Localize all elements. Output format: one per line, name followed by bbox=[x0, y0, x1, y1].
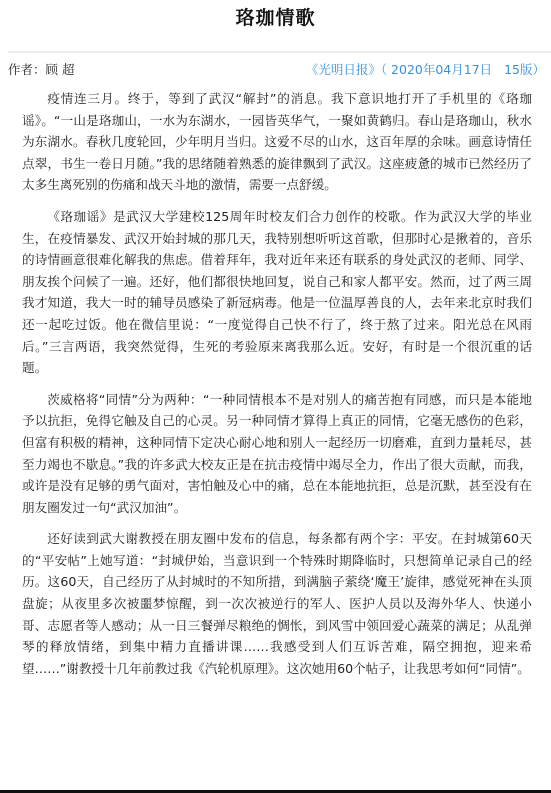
paragraph-3: 茨威格将“同情”分为两种：“一种同情根本不是对别人的痛苦抱有同感，而只是本能地予… bbox=[22, 389, 532, 519]
article-body: 疫情连三月。终于，等到了武汉“解封”的消息。我下意识地打开了手机里的《珞珈谣》。… bbox=[22, 88, 532, 689]
paragraph-4: 还好读到武大谢教授在朋友圈中发布的信息，每条都有两个字：平安。在封城第60天的“… bbox=[22, 528, 532, 679]
article-meta: 作者：顾 超 《光明日报》（ 2020年04月17日 15版） bbox=[8, 60, 545, 80]
paragraph-2: 《珞珈谣》是武汉大学建校125周年时校友们合力创作的校歌。作为武汉大学的毕业生，… bbox=[22, 206, 532, 379]
source-link[interactable]: 《光明日报》（ 2020年04月17日 15版） bbox=[306, 60, 545, 80]
author-byline: 作者：顾 超 bbox=[8, 60, 74, 80]
article-title: 珞珈情歌 bbox=[0, 4, 551, 32]
title-divider bbox=[8, 51, 551, 53]
paragraph-1: 疫情连三月。终于，等到了武汉“解封”的消息。我下意识地打开了手机里的《珞珈谣》。… bbox=[22, 88, 532, 196]
